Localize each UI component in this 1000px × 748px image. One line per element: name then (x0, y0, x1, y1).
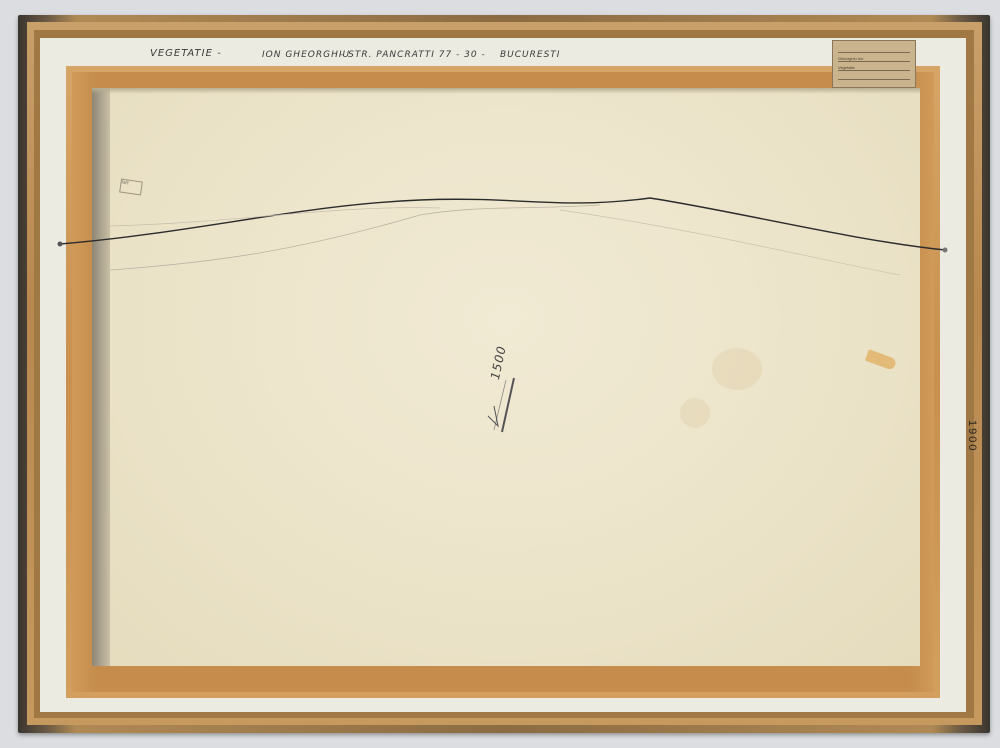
canvas-stamp: NR (119, 179, 143, 196)
label-line: Vegetatie (838, 65, 910, 71)
inscription-artist: ION GHEORGHIU (262, 50, 350, 60)
inscription-title: VEGETATIE - (150, 48, 222, 59)
inscription-city: BUCURESTI (500, 50, 560, 60)
label-line: Gheorghiu Ion (838, 56, 910, 62)
inscription-address: - STR. PANCRATTI 77 - 30 - (340, 50, 486, 60)
frame-side-number: 1900 (966, 420, 978, 452)
gallery-paper-label: Gheorghiu Ion Vegetatie (832, 40, 916, 88)
pencil-marks-icon (484, 376, 524, 436)
label-line (838, 74, 910, 80)
label-line (838, 47, 910, 53)
